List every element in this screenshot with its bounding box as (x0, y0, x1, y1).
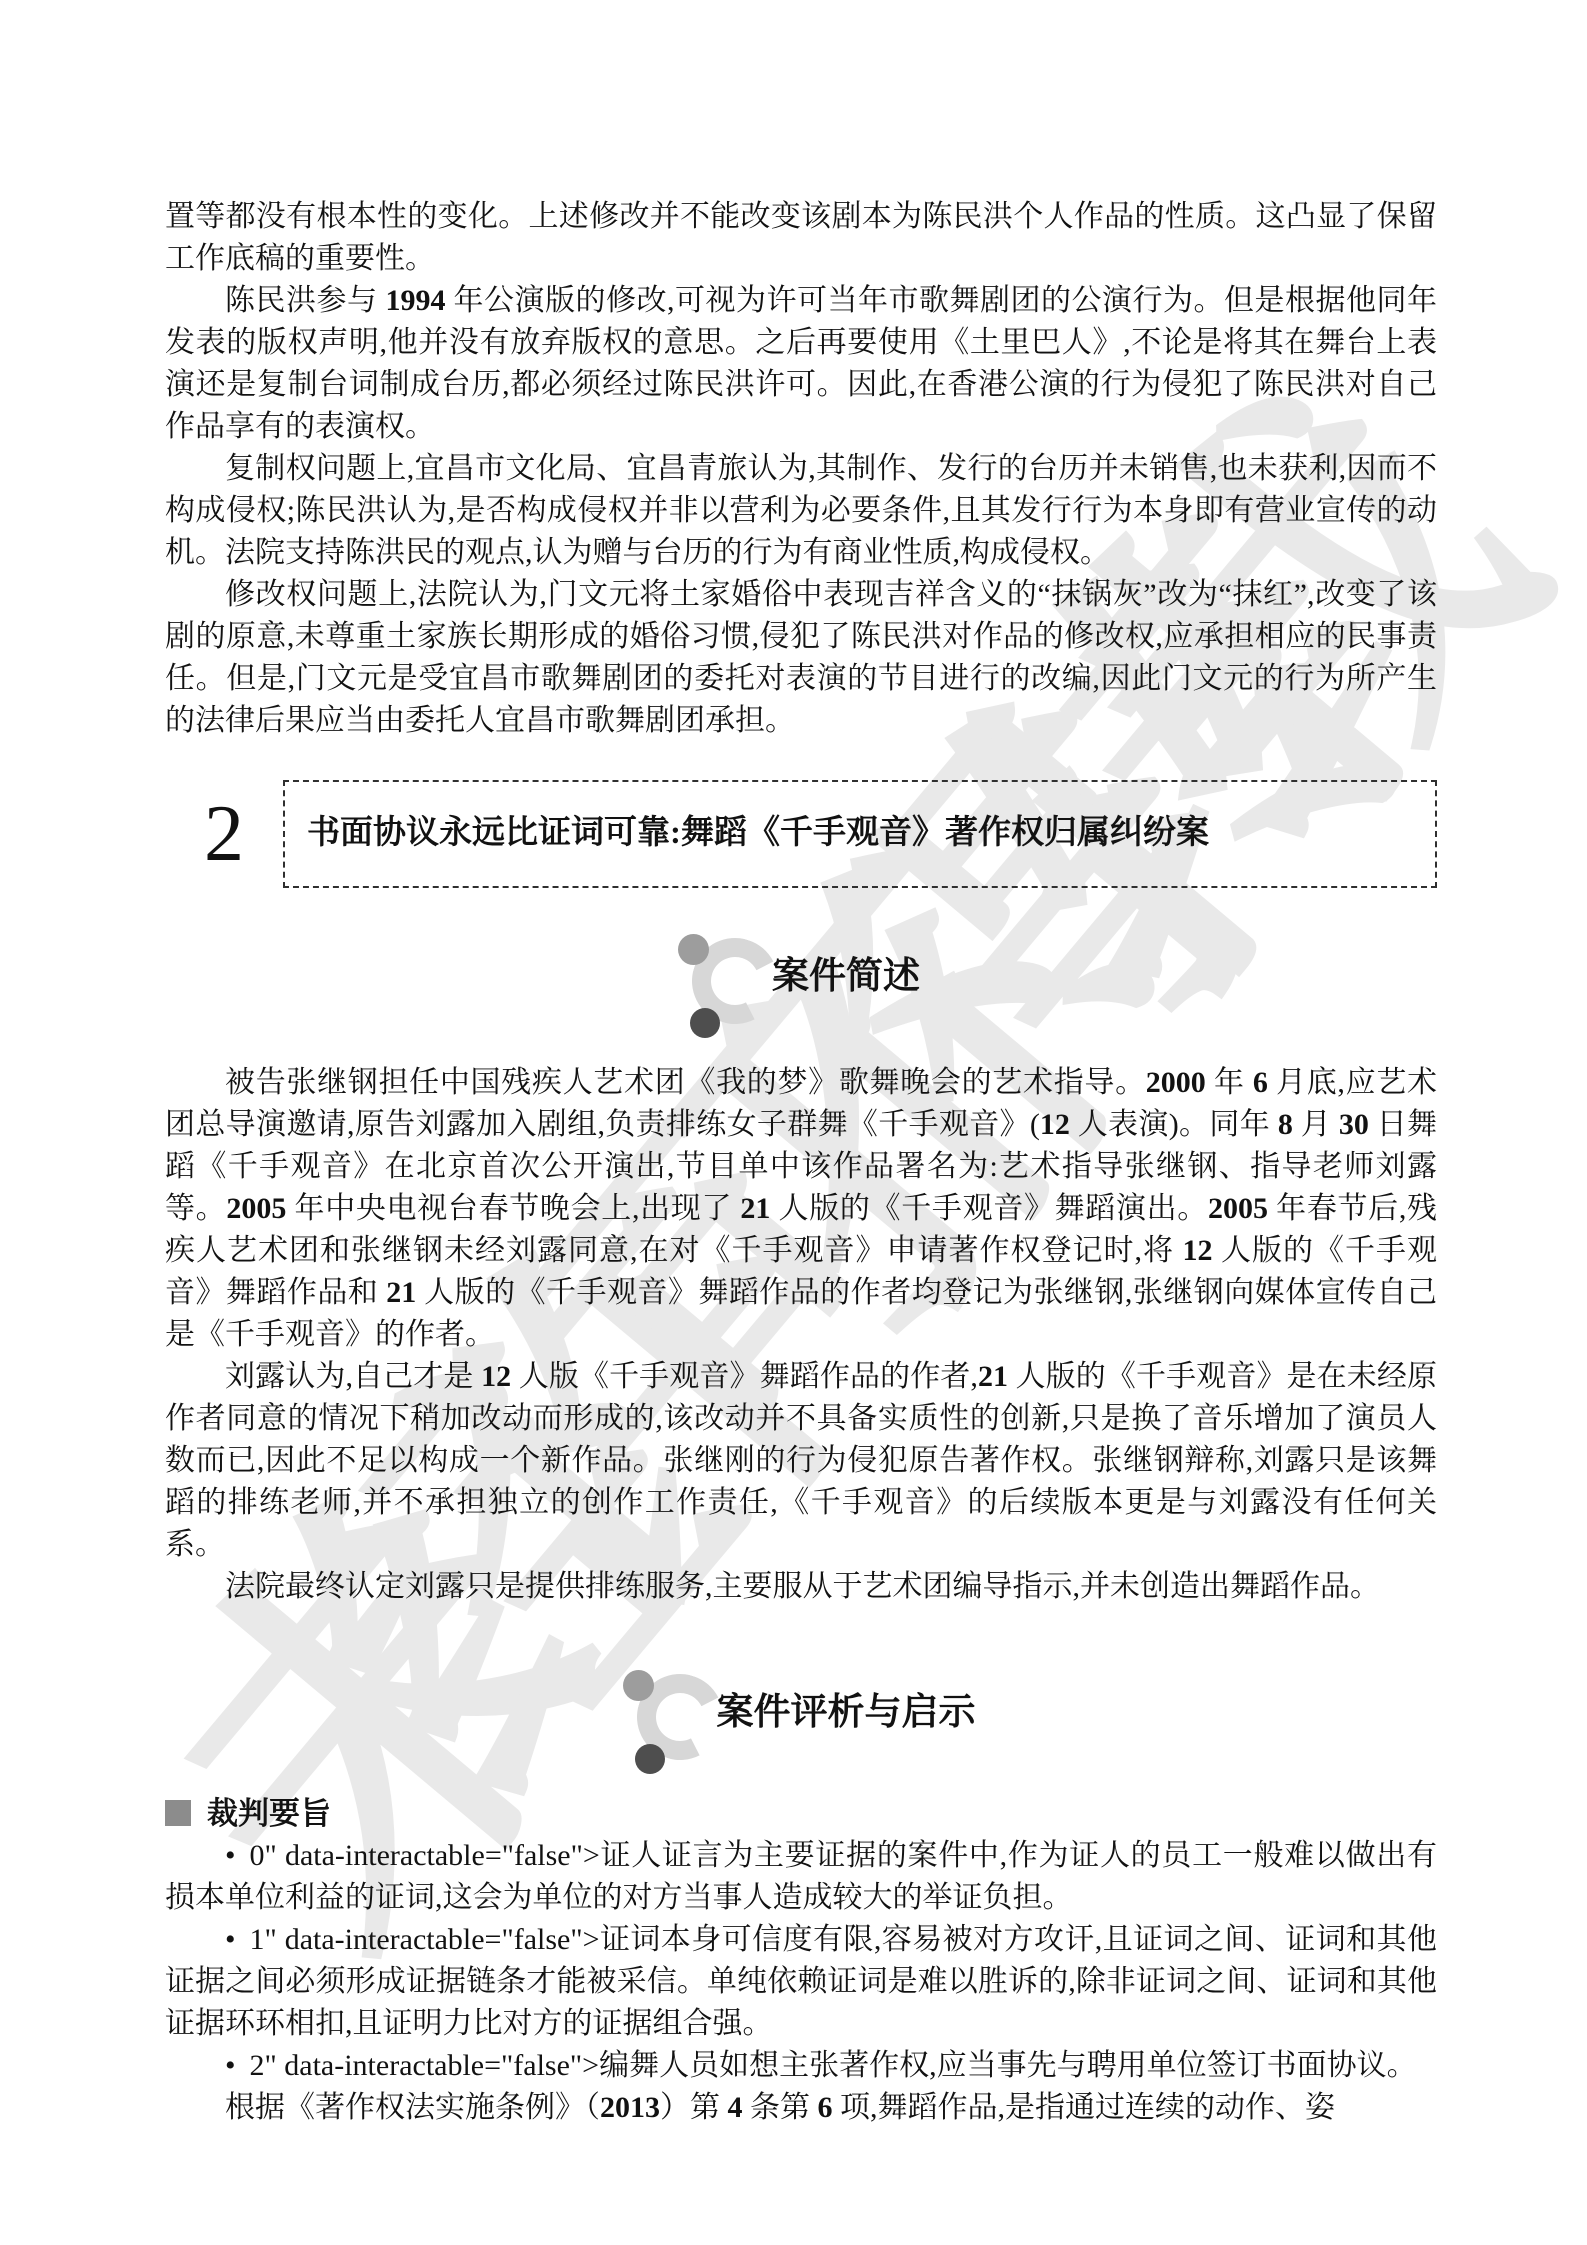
bullet-text: 2 (250, 2049, 265, 2082)
section-title: 案件简述 (772, 958, 920, 995)
paragraph: 陈民洪参与 1994 年公演版的修改,可视为许可当年市歌舞剧团的公演行为。但是根… (165, 280, 1437, 448)
bullet-icon: • (225, 1923, 236, 1956)
paragraph: 复制权问题上,宜昌市文化局、宜昌青旅认为,其制作、发行的台历并未销售,也未获利,… (165, 448, 1437, 574)
paragraph: 置等都没有根本性的变化。上述修改并不能改变该剧本为陈民洪个人作品的性质。这凸显了… (165, 196, 1437, 280)
bullet-item: •2" data-interactable="false">编舞人员如想主张著作… (165, 2045, 1437, 2087)
bullet-icon: • (225, 1839, 236, 1872)
square-bullet-icon (165, 1800, 191, 1826)
paragraph: 法院最终认定刘露只是提供排练服务,主要服从于艺术团编导指示,并未创造出舞蹈作品。 (165, 1566, 1437, 1608)
bullet-icon: • (225, 2049, 236, 2082)
paragraph: 被告张继钢担任中国残疾人艺术团《我的梦》歌舞晚会的艺术指导。2000 年 6 月… (165, 1062, 1437, 1356)
paragraph: 刘露认为,自己才是 12 人版《千手观音》舞蹈作品的作者,21 人版的《千手观音… (165, 1356, 1437, 1566)
gray-dot (623, 1670, 654, 1701)
bullet-item: •0" data-interactable="false">证人证言为主要证据的… (165, 1835, 1437, 1919)
section-header-summary: 案件简述 (165, 918, 1437, 1036)
bullet-item: •1" data-interactable="false">证词本身可信度有限,… (165, 1919, 1437, 2045)
dark-dot (635, 1744, 665, 1774)
section-decoration-icon (627, 1670, 713, 1756)
case-number: 2 (165, 794, 283, 874)
section-title: 案件评析与启示 (717, 1694, 976, 1731)
case-heading: 2 书面协议永远比证词可靠:舞蹈《千手观音》著作权归属纠纷案 (165, 780, 1437, 888)
bullet-text: 0 (250, 1839, 265, 1872)
bullet-text: 1 (250, 1923, 265, 1956)
gray-dot (678, 934, 709, 965)
key-points-title: 裁判要旨 (207, 1798, 331, 1829)
note-paragraph: 根据《著作权法实施条例》（2013）第 4 条第 6 项,舞蹈作品,是指通过连续… (165, 2087, 1437, 2129)
section-header-analysis: 案件评析与启示 (165, 1654, 1437, 1772)
paragraph: 修改权问题上,法院认为,门文元将土家婚俗中表现吉祥含义的“抹锅灰”改为“抹红”,… (165, 574, 1437, 742)
case-title-box: 书面协议永远比证词可靠:舞蹈《千手观音》著作权归属纠纷案 (283, 780, 1437, 888)
dark-dot (690, 1008, 720, 1038)
key-points-heading: 裁判要旨 (165, 1798, 1437, 1829)
case-title: 书面协议永远比证词可靠:舞蹈《千手观音》著作权归属纠纷案 (307, 814, 1413, 854)
book-page: 未经许可不得转载 置等都没有根本性的变化。上述修改并不能改变该剧本为陈民洪个人作… (0, 0, 1587, 2245)
section-decoration-icon (682, 934, 768, 1020)
page-content: 置等都没有根本性的变化。上述修改并不能改变该剧本为陈民洪个人作品的性质。这凸显了… (165, 196, 1437, 2129)
